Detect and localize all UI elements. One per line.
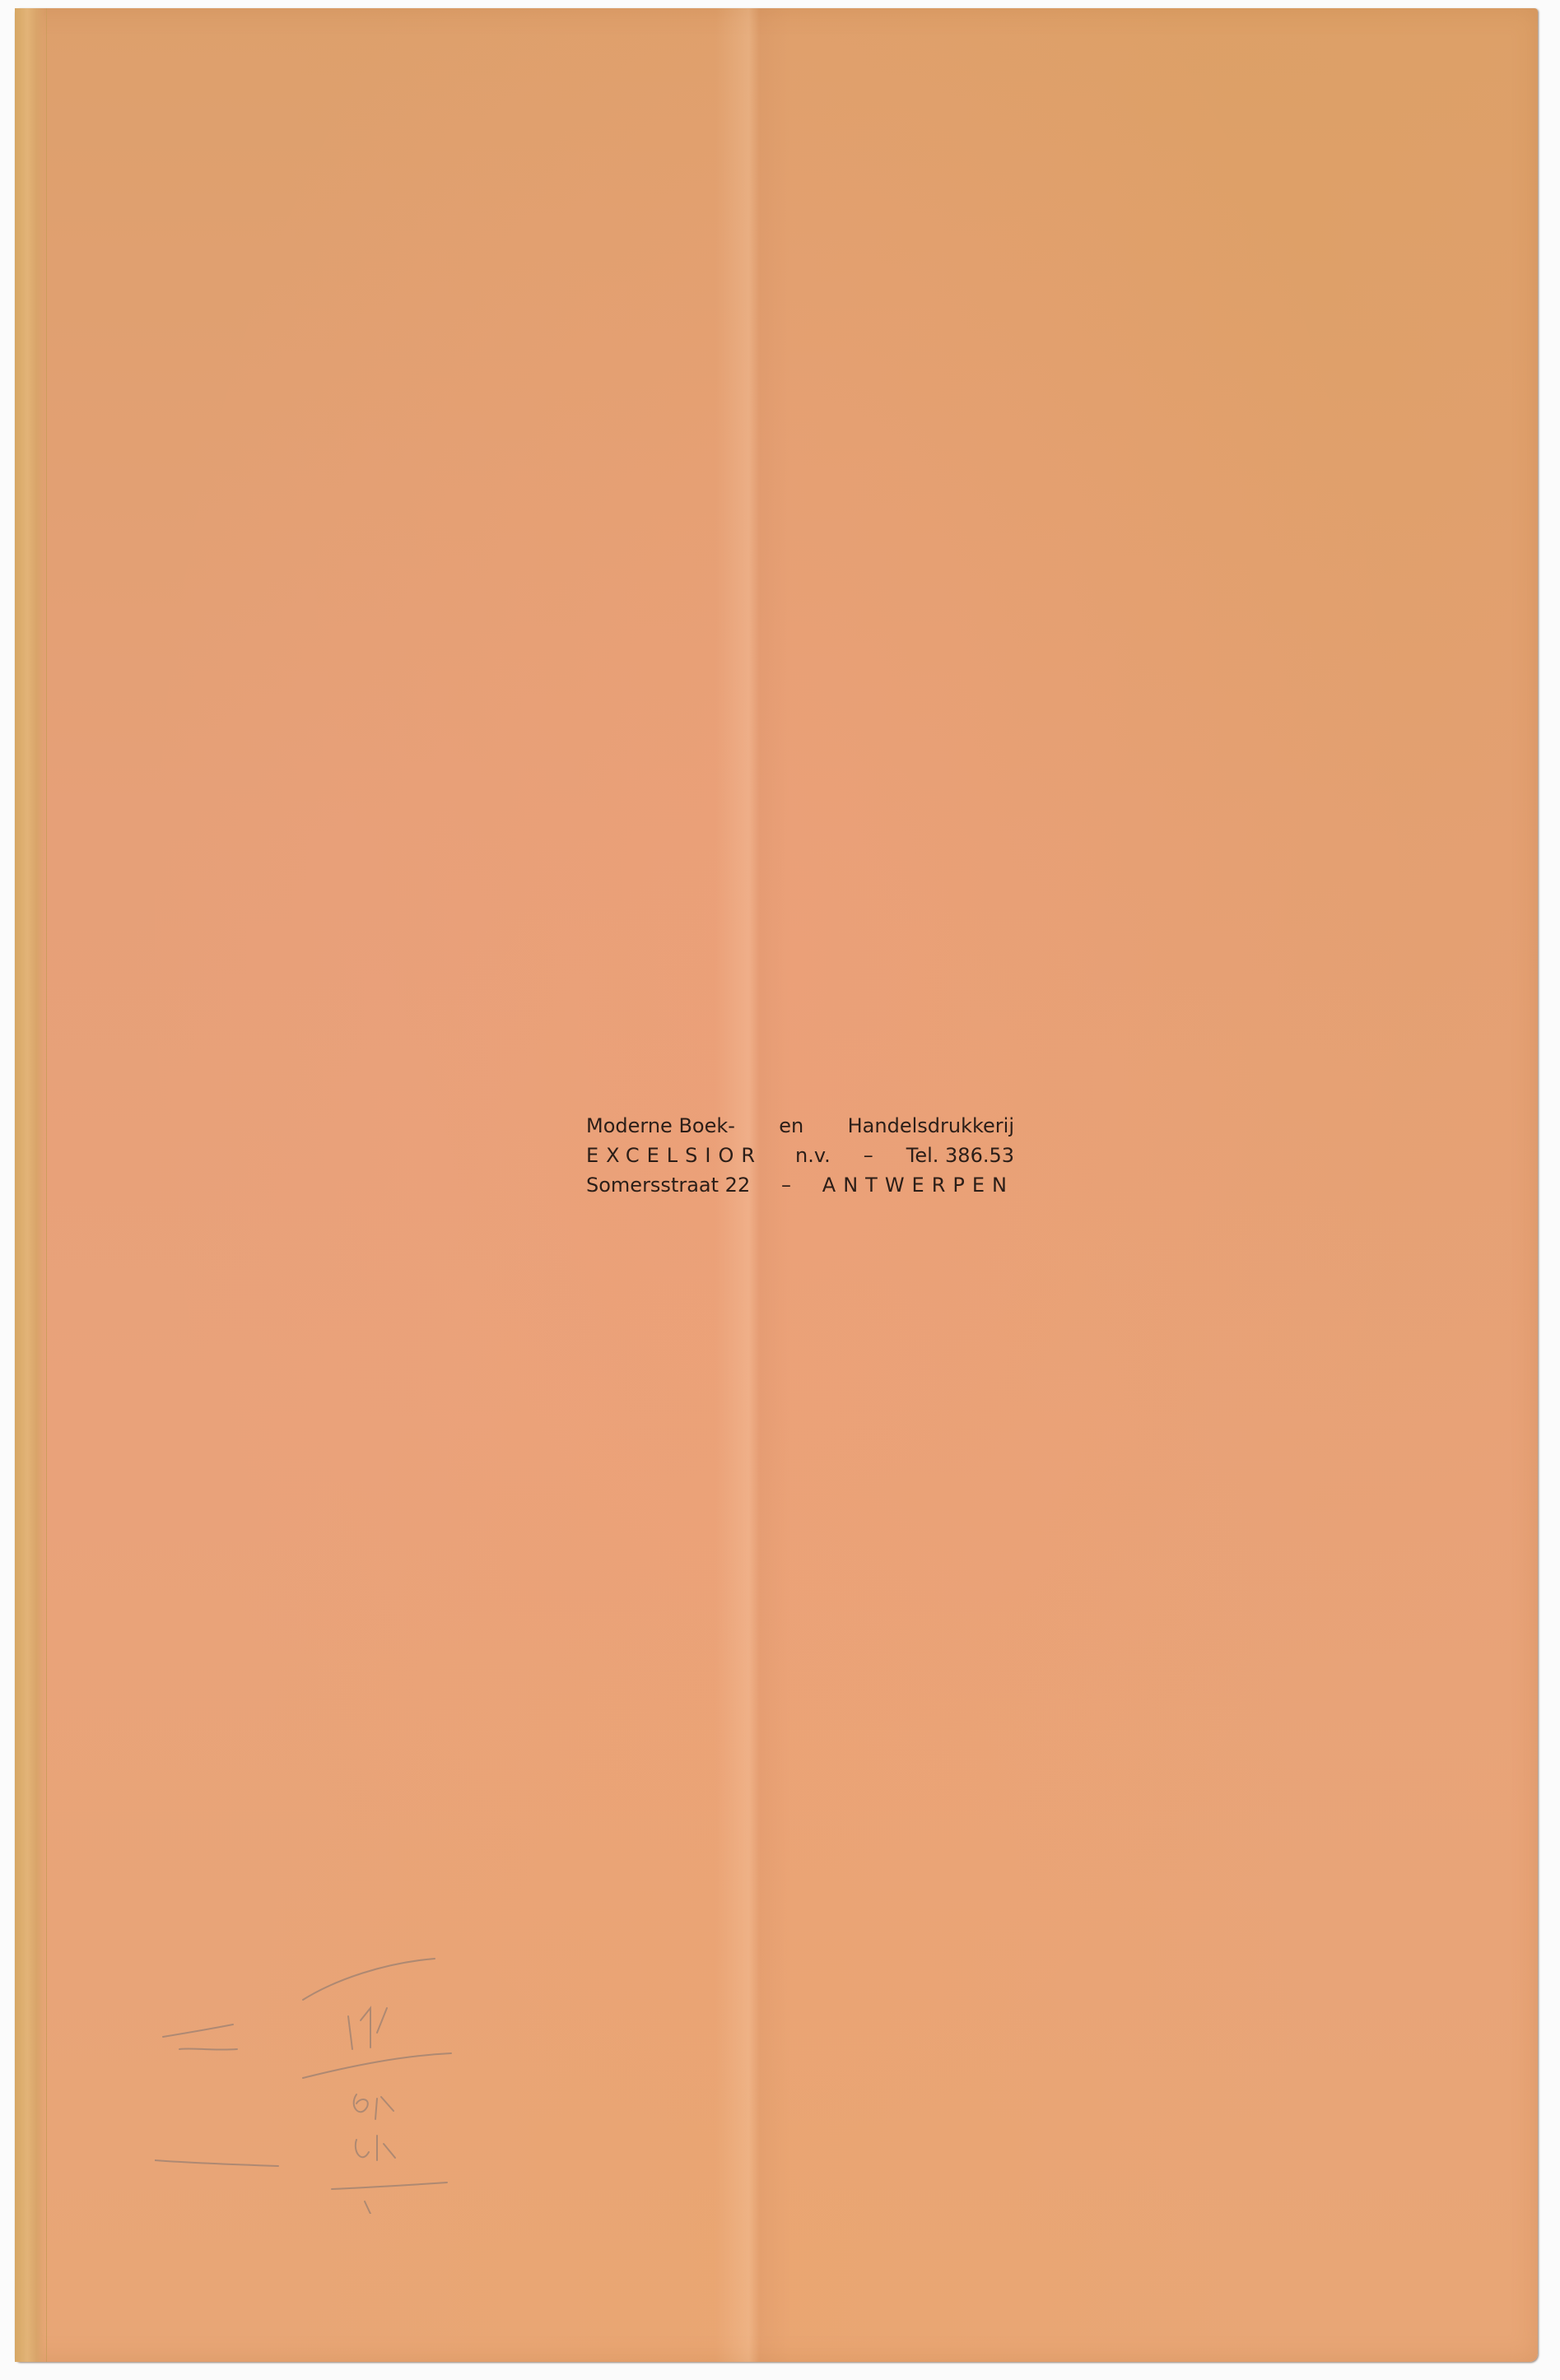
back-cover-page: Moderne Boek- en Handelsdrukkerij EXCELS… [15, 8, 1538, 2362]
printer-imprint: Moderne Boek- en Handelsdrukkerij EXCELS… [586, 1111, 1014, 1200]
imprint-dash: – [864, 1141, 873, 1170]
pencil-annotation-marks [155, 1942, 468, 2214]
imprint-street: Somersstraat 22 [586, 1170, 750, 1200]
imprint-company-suffix: n.v. [795, 1141, 831, 1170]
imprint-conjunction: en [779, 1111, 803, 1141]
imprint-phone: Tel. 386.53 [906, 1141, 1014, 1170]
imprint-city: ANTWERPEN [822, 1170, 1014, 1200]
imprint-line-2: EXCELSIOR n.v. – Tel. 386.53 [586, 1141, 1014, 1170]
imprint-company-type: Handelsdrukkerij [848, 1111, 1014, 1141]
imprint-company-prefix: Moderne Boek- [586, 1111, 735, 1141]
imprint-line-3: Somersstraat 22 – ANTWERPEN [586, 1170, 1014, 1200]
imprint-dash: – [781, 1170, 791, 1200]
imprint-company-name: EXCELSIOR [586, 1141, 762, 1170]
page-spine-edge [15, 8, 47, 2362]
imprint-line-1: Moderne Boek- en Handelsdrukkerij [586, 1111, 1014, 1141]
